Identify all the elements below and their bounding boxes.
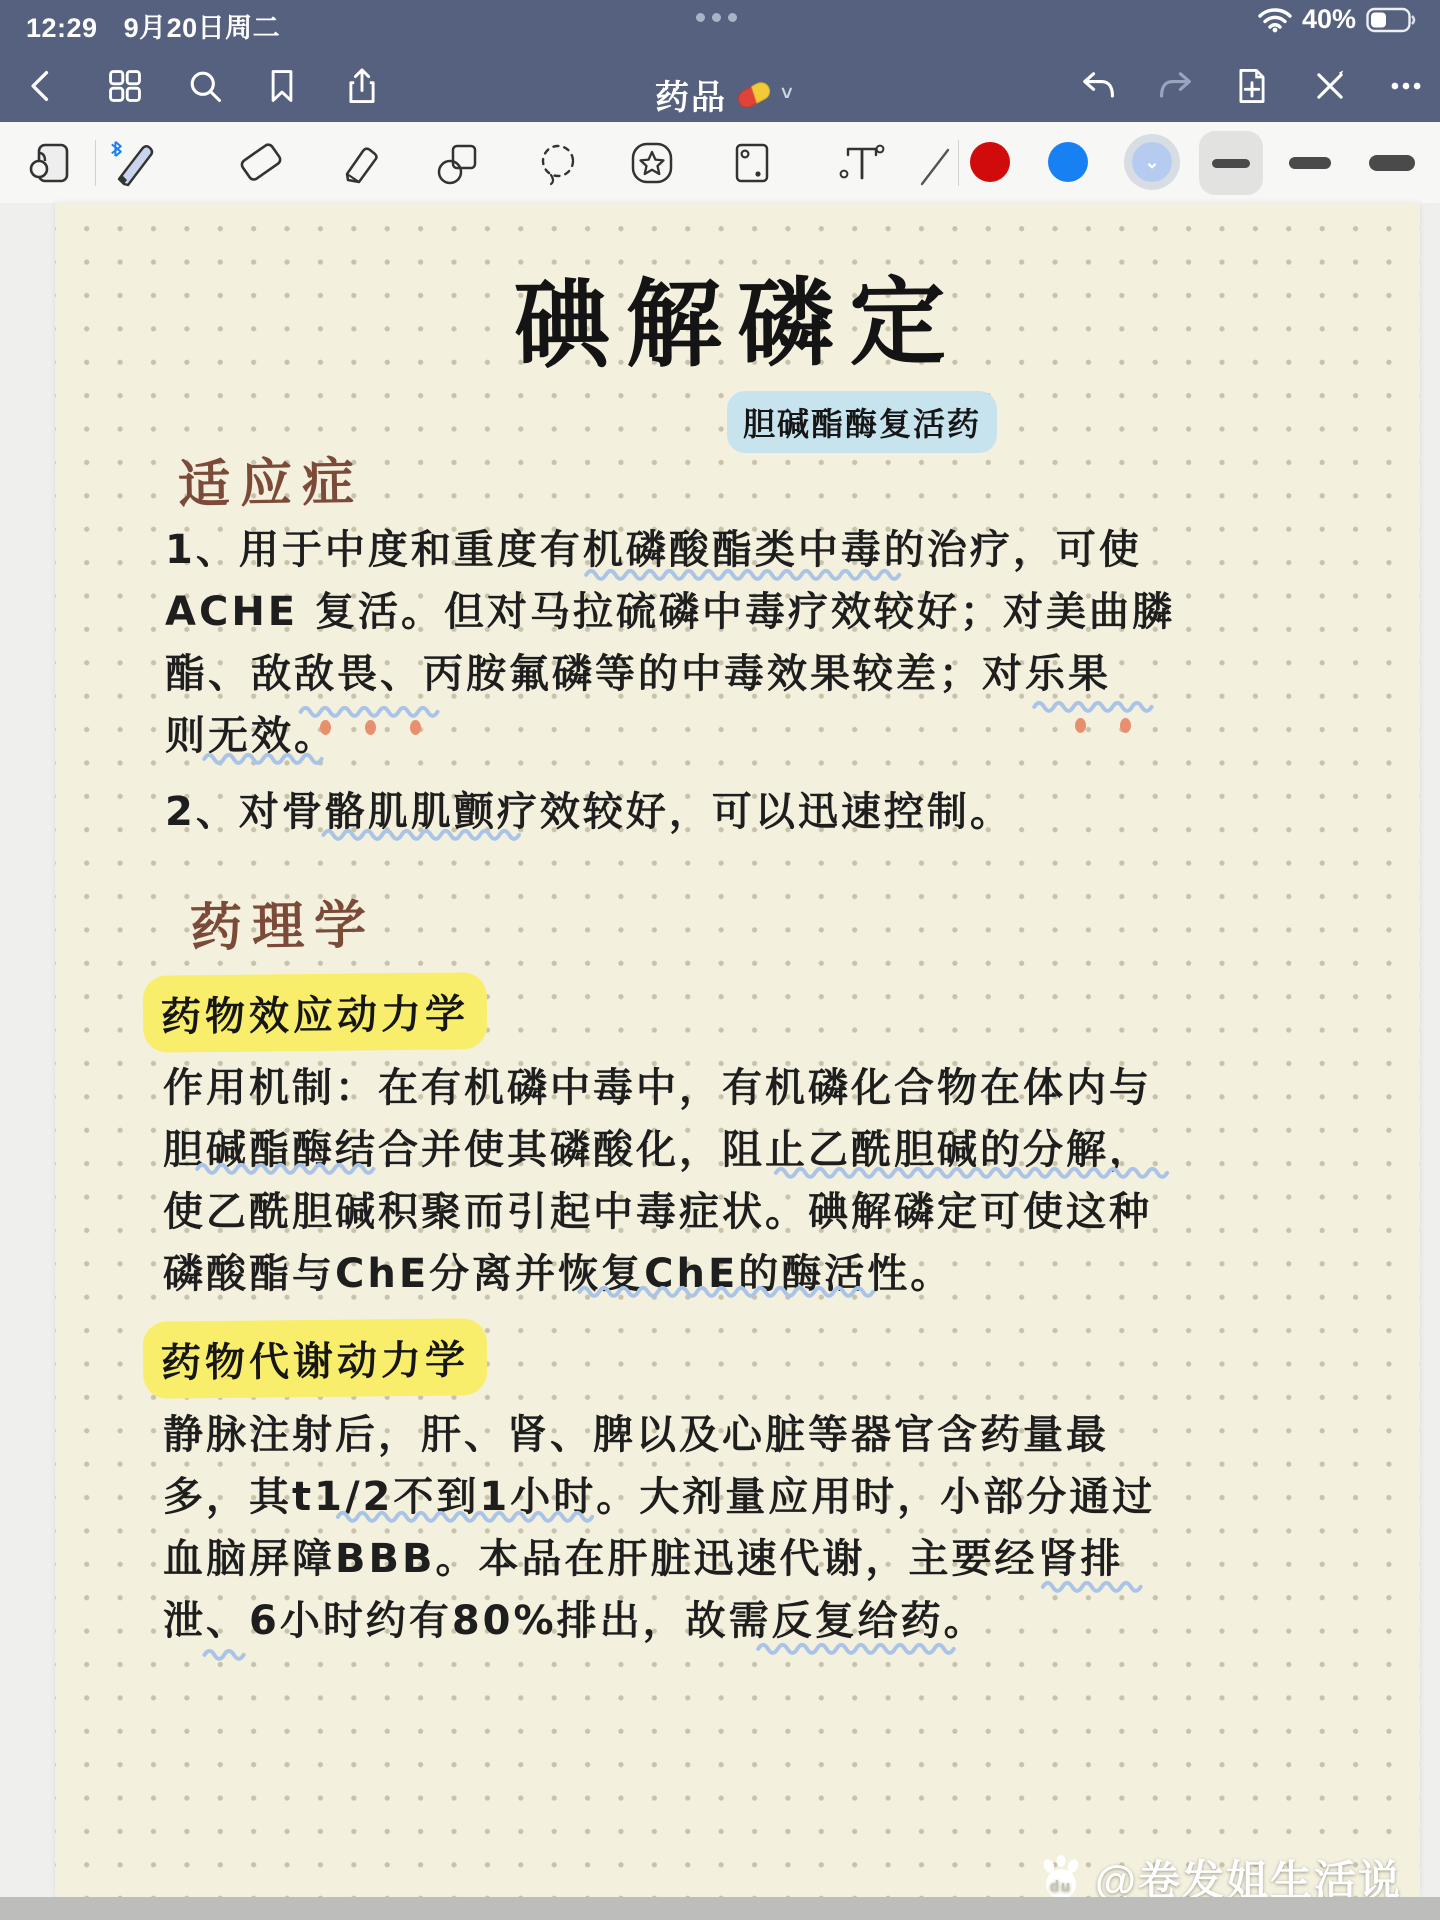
- wavy-underline: [1035, 1578, 1145, 1594]
- heading-pharmacology: 药理学: [189, 882, 376, 960]
- pk-line: 静脉注射后，肝、肾、脾以及心脏等器官含药量最: [163, 1403, 1109, 1460]
- shapes-tool-icon[interactable]: [431, 136, 485, 190]
- thickness-thick[interactable]: [1360, 131, 1424, 195]
- more-button[interactable]: [1386, 66, 1426, 106]
- wavy-underline: [310, 826, 520, 842]
- status-left: 12:299月20日周二: [26, 6, 280, 45]
- lasso-tool-icon[interactable]: [531, 136, 585, 190]
- wavy-underline: [560, 1283, 880, 1299]
- wavy-underline: [200, 1646, 250, 1662]
- toolbar: ⌄: [0, 122, 1440, 204]
- pk-line: 多，其t1/2不到1小时。大剂量应用时，小部分通过: [163, 1465, 1155, 1522]
- wavy-underline: [290, 703, 450, 719]
- accent-dot: [365, 720, 376, 735]
- bottom-strip: [0, 1897, 1440, 1920]
- wavy-underline: [185, 1160, 375, 1176]
- pd-line: 作用机制：在有机磷中毒中，有机磷化合物在体内与: [163, 1056, 1152, 1113]
- bluetooth-icon: [112, 142, 121, 156]
- thumbnails-button[interactable]: [105, 66, 145, 106]
- image-tool-icon[interactable]: [725, 136, 779, 190]
- pen-cross-button[interactable]: [1310, 66, 1350, 106]
- status-right: 40%: [1258, 4, 1416, 35]
- header-bar: 12:299月20日周二 40% 药品 ˅: [0, 0, 1440, 122]
- wavy-underline: [745, 1640, 950, 1656]
- share-button[interactable]: [342, 66, 382, 106]
- accent-dot: [1120, 718, 1131, 733]
- color-chevron-icon: ⌄: [1132, 142, 1172, 182]
- eraser-tool-icon[interactable]: [231, 136, 285, 190]
- screen: 12:299月20日周二 40% 药品 ˅: [0, 0, 1440, 1920]
- indications-line: 酯、敌敌畏、丙胺氟磷等的中毒效果较差；对乐果: [165, 642, 1111, 699]
- wavy-underline: [750, 1164, 1185, 1180]
- label-pharmacokinetics: 药物代谢动力学: [143, 1318, 488, 1399]
- undo-button[interactable]: [1078, 66, 1118, 106]
- indications-line: ACHE 复活。但对马拉硫磷中毒疗效较好；对美曲膦: [165, 580, 1175, 637]
- search-button[interactable]: [185, 66, 225, 106]
- add-page-button[interactable]: [1232, 66, 1272, 106]
- thickness-thin-selected[interactable]: [1199, 131, 1263, 195]
- accent-dot: [1075, 718, 1086, 733]
- svg-text:du: du: [1050, 1878, 1072, 1895]
- bookmark-button[interactable]: [262, 66, 302, 106]
- pk-line: 血脑屏障BBB。本品在肝脏迅速代谢，主要经肾排: [163, 1527, 1123, 1584]
- clock: 12:29: [26, 13, 98, 43]
- status-bar: 12:299月20日周二 40%: [0, 0, 1440, 34]
- wavy-underline: [565, 566, 915, 582]
- canvas-area[interactable]: 碘解磷定 胆碱酯酶复活药 适应症 1、用于中度和重度有机磷酸酯类中毒的治疗，可使…: [0, 203, 1440, 1897]
- pd-line: 使乙酰胆碱积聚而引起中毒症状。碘解磷定可使这种: [163, 1180, 1152, 1237]
- chevron-down-icon: ˅: [781, 83, 793, 106]
- accent-dot: [320, 720, 331, 735]
- pen-color-red[interactable]: [970, 142, 1010, 182]
- favorite-pen-icon[interactable]: [908, 136, 962, 190]
- document-title-text: 药品: [655, 70, 727, 119]
- highlighter-tool-icon[interactable]: [333, 136, 387, 190]
- pk-line: 泄、6小时约有80%排出，故需反复给药。: [163, 1589, 987, 1646]
- accent-dot: [410, 720, 421, 735]
- indications-line: 2、对骨骼肌肌颤疗效较好，可以迅速控制。: [165, 780, 1013, 837]
- page-panel-icon[interactable]: [25, 136, 79, 190]
- battery-percent: 40%: [1302, 4, 1356, 35]
- wavy-underline: [195, 750, 330, 766]
- back-button[interactable]: [22, 66, 62, 106]
- label-pharmacodynamics: 药物效应动力学: [143, 972, 488, 1053]
- wavy-underline: [1025, 698, 1160, 714]
- status-date: 9月20日周二: [124, 13, 281, 43]
- pen-tool-icon[interactable]: [108, 136, 162, 190]
- thickness-medium[interactable]: [1278, 131, 1342, 195]
- pill-emoji-icon: [735, 79, 773, 111]
- redo-button[interactable]: [1156, 66, 1196, 106]
- note-title: 碘解磷定: [54, 242, 1420, 391]
- text-tool-icon[interactable]: [835, 136, 889, 190]
- wavy-underline: [320, 1508, 610, 1524]
- category-tag: 胆碱酯酶复活药: [727, 391, 997, 453]
- multitask-dots-icon[interactable]: [696, 13, 737, 22]
- sticker-tool-icon[interactable]: [625, 136, 679, 190]
- heading-indications: 适应症: [177, 439, 364, 517]
- wifi-icon: [1258, 7, 1292, 33]
- battery-icon: [1366, 7, 1416, 33]
- pen-color-blue[interactable]: [1048, 142, 1088, 182]
- document-title[interactable]: 药品 ˅: [655, 70, 793, 119]
- note-page[interactable]: 碘解磷定 胆碱酯酶复活药 适应症 1、用于中度和重度有机磷酸酯类中毒的治疗，可使…: [55, 203, 1420, 1897]
- pen-color-lightblue-selected[interactable]: ⌄: [1132, 142, 1172, 182]
